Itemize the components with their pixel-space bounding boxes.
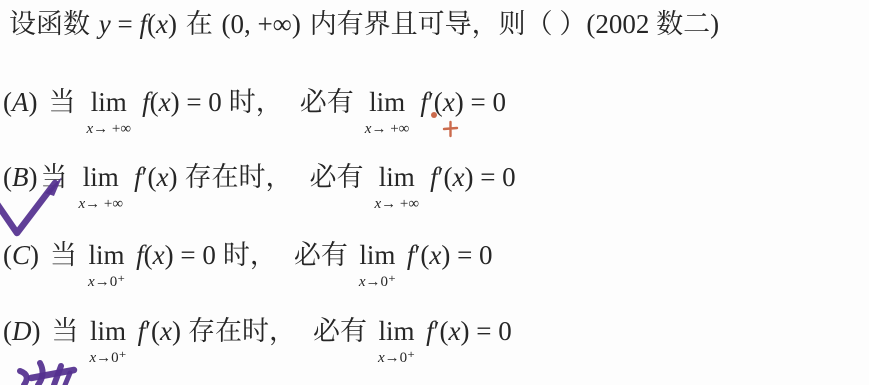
option-a-condition: 时，: [229, 84, 283, 120]
limit-subscript: x→0⁺: [359, 273, 396, 291]
limit-subscript: x→ +∞: [87, 120, 132, 138]
limit-operator: lim x→ +∞: [374, 159, 419, 213]
lim-word: lim: [359, 237, 395, 273]
option-b-label: (B): [3, 159, 38, 195]
limit-operator: lim x→0⁺: [359, 237, 396, 291]
option-c-label: (C): [3, 237, 39, 273]
lim-word: lim: [379, 313, 415, 349]
option-c: (C) 当 lim x→0⁺ f(x) = 0 时， 必有 lim x→0⁺ f…: [3, 237, 493, 291]
limit-operator: lim x→0⁺: [378, 313, 415, 367]
option-a: (A) 当 lim x→ +∞ f(x) = 0 时， 必有 lim x→ +∞…: [3, 84, 506, 138]
stem-math-interval: (0, +∞): [221, 9, 300, 39]
stem-math-y-equals-fx: y = f(x): [99, 9, 177, 39]
lim-word: lim: [379, 159, 415, 195]
scribble-annotation: [31, 370, 74, 378]
option-c-condition: 时，: [223, 237, 277, 273]
limit-operator: lim x→ +∞: [87, 84, 132, 138]
option-d: (D) 当 lim x→0⁺ f′(x) 存在时， 必有 lim x→0⁺ f′…: [3, 313, 512, 367]
limit-subscript: x→0⁺: [88, 273, 125, 291]
limit-subscript: x→0⁺: [90, 349, 127, 367]
option-c-expression-1: f(x) = 0: [136, 237, 216, 273]
option-b-expression-2: f′(x) = 0: [430, 159, 516, 195]
option-d-bihou: 必有: [313, 313, 367, 349]
question-stem: 设函数 y = f(x) 在 (0, +∞) 内有界且可导，则（ ）(2002 …: [8, 6, 720, 42]
option-a-label: (A): [3, 84, 38, 120]
option-c-bihou: 必有: [294, 237, 348, 273]
stem-text-tail: 内有界且可导，则（ ）(2002 数二): [310, 9, 719, 39]
limit-operator: lim x→0⁺: [88, 237, 125, 291]
option-b-expression-1: f′(x): [134, 159, 177, 195]
scribble-annotation: [54, 366, 61, 385]
option-b-dang: 当: [41, 159, 68, 195]
option-a-dang: 当: [49, 84, 76, 120]
option-c-expression-2: f′(x) = 0: [407, 237, 493, 273]
option-d-dang: 当: [52, 313, 79, 349]
limit-subscript: x→ +∞: [365, 120, 410, 138]
limit-operator: lim x→0⁺: [90, 313, 127, 367]
option-b-condition: 存在时，: [184, 159, 292, 195]
option-a-expression-1: f(x) = 0: [142, 84, 222, 120]
lim-word: lim: [83, 159, 119, 195]
lim-word: lim: [91, 84, 127, 120]
limit-operator: lim x→ +∞: [365, 84, 410, 138]
limit-subscript: x→ +∞: [79, 195, 124, 213]
scribble-annotation: [20, 371, 27, 385]
option-d-expression-1: f′(x): [138, 313, 181, 349]
lim-word: lim: [89, 237, 125, 273]
option-d-label: (D): [3, 313, 41, 349]
stem-text: 设函数: [9, 9, 90, 39]
option-d-condition: 存在时，: [188, 313, 296, 349]
scribble-annotation: [65, 373, 70, 385]
lim-word: lim: [369, 84, 405, 120]
option-b: (B) 当 lim x→ +∞ f′(x) 存在时， 必有 lim x→ +∞ …: [3, 159, 516, 213]
option-c-dang: 当: [50, 237, 77, 273]
option-a-bihou: 必有: [300, 84, 354, 120]
option-a-expression-2: f′(x) = 0: [420, 84, 506, 120]
stem-text: 在: [186, 9, 213, 39]
lim-word: lim: [90, 313, 126, 349]
limit-operator: lim x→ +∞: [79, 159, 124, 213]
limit-subscript: x→0⁺: [378, 349, 415, 367]
lecture-slide: 设函数 y = f(x) 在 (0, +∞) 内有界且可导，则（ ）(2002 …: [0, 0, 869, 385]
option-d-expression-2: f′(x) = 0: [426, 313, 512, 349]
option-b-bihou: 必有: [309, 159, 363, 195]
limit-subscript: x→ +∞: [374, 195, 419, 213]
